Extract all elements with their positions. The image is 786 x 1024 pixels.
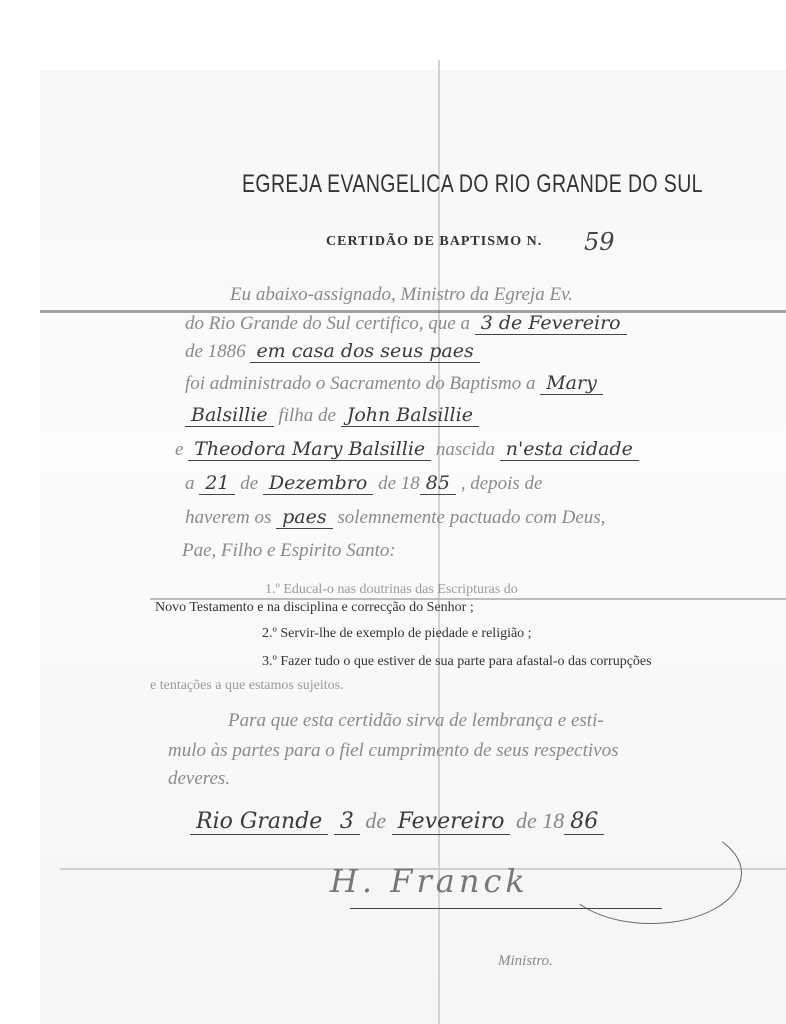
obligation-1-continuation: Novo Testamento e na disciplina e correc… — [155, 600, 474, 616]
closing-line-3: deveres. — [168, 768, 230, 790]
birthplace: n'esta cidade — [500, 438, 639, 461]
body-line-7: a 21 de Dezembro de 1885 , depois de — [185, 472, 542, 495]
birth-year: 85 — [420, 472, 456, 495]
closing-line-1: Para que esta certidão sirva de lembranç… — [228, 710, 604, 732]
father-name: John Balsillie — [341, 404, 479, 427]
body-line-2: do Rio Grande do Sul certifico, que a 3 … — [185, 312, 627, 335]
obligation-3-continuation: e tentações a que estamos sujeitos. — [150, 678, 344, 694]
minister-signature: H. Franck — [330, 862, 529, 900]
baptism-place: em casa dos seus paes — [250, 340, 479, 363]
mother-name: Theodora Mary Balsillie — [188, 438, 431, 461]
obligation-3: 3.º Fazer tudo o que estiver de sua part… — [262, 654, 652, 670]
birth-day: 21 — [199, 472, 235, 495]
minister-label: Ministro. — [498, 953, 553, 970]
closing-line-2: mulo às partes para o fiel cumprimento d… — [168, 740, 619, 762]
certificate-number: 59 — [584, 228, 615, 256]
baptism-date: 3 de Fevereiro — [475, 312, 627, 335]
body-line-4: foi administrado o Sacramento do Baptism… — [185, 372, 603, 395]
body-line-6: e Theodora Mary Balsillie nascida n'esta… — [175, 438, 639, 461]
body-line-3: de 1886 em casa dos seus paes — [185, 340, 480, 363]
body-line-9: Pae, Filho e Espirito Santo: — [182, 540, 396, 562]
certificate-subtitle: CERTIDÃO DE BAPTISMO N. — [326, 234, 542, 250]
birth-month: Dezembro — [263, 472, 373, 495]
body-line-8: haverem os paes solemnemente pactuado co… — [185, 506, 605, 529]
signing-day: 3 — [334, 809, 360, 835]
obligation-1: 1.º Educal-o nas doutrinas das Escriptur… — [265, 582, 518, 598]
obligation-2: 2.º Servir-lhe de exemplo de piedade e r… — [262, 626, 532, 642]
signature-line — [350, 908, 662, 909]
parents-field: paes — [276, 506, 333, 529]
place-name: Rio Grande — [190, 809, 328, 835]
child-first-name: Mary — [540, 372, 603, 395]
date-place-line: Rio Grande 3 de Fevereiro de 1886 — [190, 808, 604, 834]
child-last-name: Balsillie — [185, 404, 274, 427]
body-line-5: Balsillie filha de John Balsillie — [185, 404, 479, 427]
body-line-1: Eu abaixo-assignado, Ministro da Egreja … — [230, 284, 573, 306]
signing-month: Fevereiro — [392, 809, 511, 835]
church-title: EGREJA EVANGELICA DO RIO GRANDE DO SUL — [242, 170, 703, 199]
